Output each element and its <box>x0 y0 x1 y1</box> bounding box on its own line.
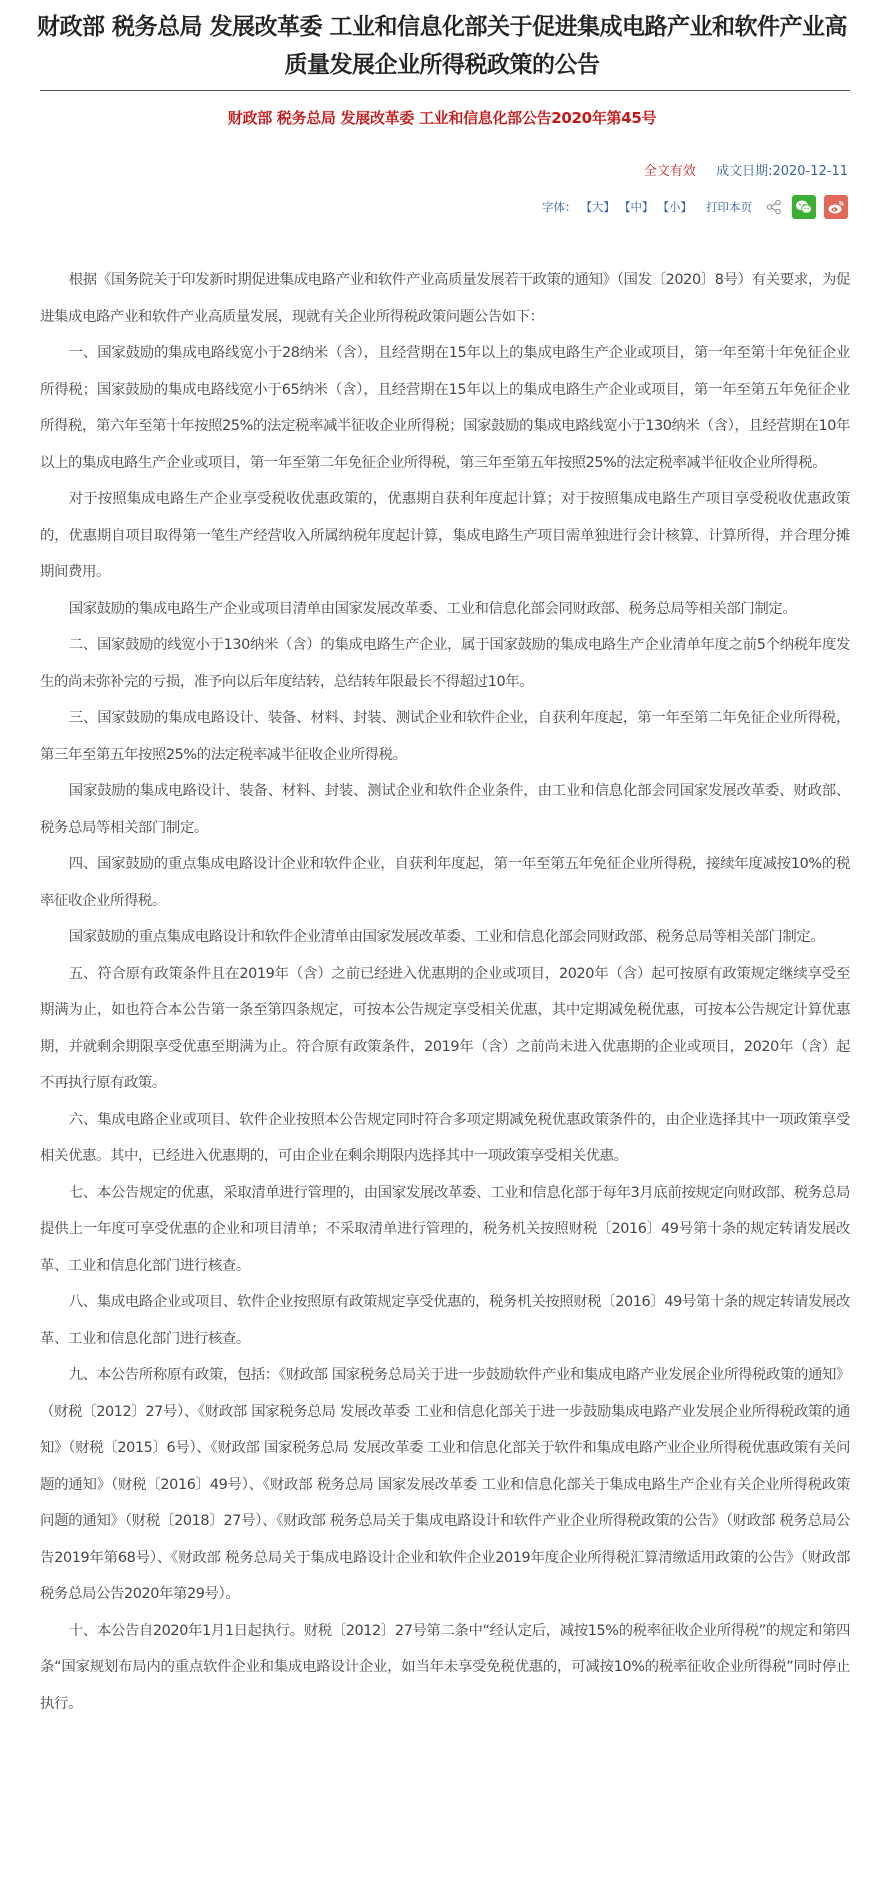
paragraph-article-10: 十、本公告自2020年1月1日起执行。财税〔2012〕27号第二条中“经认定后，… <box>40 1613 850 1723</box>
font-size-small-button[interactable]: 【小】 <box>658 199 693 215</box>
page-title: 财政部 税务总局 发展改革委 工业和信息化部关于促进集成电路产业和软件产业高质量… <box>30 8 854 84</box>
wechat-icon[interactable] <box>792 195 816 219</box>
paragraph-article-1-period: 对于按照集成电路生产企业享受税收优惠政策的，优惠期自获利年度起计算；对于按照集成… <box>40 481 850 591</box>
paragraph-article-1-list: 国家鼓励的集成电路生产企业或项目清单由国家发展改革委、工业和信息化部会同财政部、… <box>40 591 850 628</box>
paragraph-article-6: 六、集成电路企业或项目、软件企业按照本公告规定同时符合多项定期减免税优惠政策条件… <box>40 1102 850 1175</box>
paragraph-article-7: 七、本公告规定的优惠，采取清单进行管理的，由国家发展改革委、工业和信息化部于每年… <box>40 1175 850 1285</box>
font-size-medium-button[interactable]: 【中】 <box>619 199 654 215</box>
paragraph-article-9: 九、本公告所称原有政策，包括：《财政部 国家税务总局关于进一步鼓励软件产业和集成… <box>40 1357 850 1613</box>
print-page-button[interactable]: 打印本页 <box>706 199 752 215</box>
share-icon[interactable] <box>766 199 782 215</box>
paragraph-article-8: 八、集成电路企业或项目、软件企业按照原有政策规定享受优惠的，税务机关按照财税〔2… <box>40 1284 850 1357</box>
toolbar: 字体： 【大】 【中】 【小】 打印本页 <box>542 194 848 220</box>
paragraph-intro: 根据《国务院关于印发新时期促进集成电路产业和软件产业高质量发展若干政策的通知》（… <box>40 262 850 335</box>
paragraph-article-5: 五、符合原有政策条件且在2019年（含）之前已经进入优惠期的企业或项目，2020… <box>40 956 850 1102</box>
paragraph-article-1: 一、国家鼓励的集成电路线宽小于28纳米（含），且经营期在15年以上的集成电路生产… <box>40 335 850 481</box>
paragraph-article-3-conditions: 国家鼓励的集成电路设计、装备、材料、封装、测试企业和软件企业条件，由工业和信息化… <box>40 773 850 846</box>
validity-status: 全文有效 <box>644 164 696 179</box>
paragraph-article-3: 三、国家鼓励的集成电路设计、装备、材料、封装、测试企业和软件企业，自获利年度起，… <box>40 700 850 773</box>
font-size-label: 字体： <box>542 199 577 215</box>
font-size-large-button[interactable]: 【大】 <box>581 199 616 215</box>
weibo-icon[interactable] <box>824 195 848 219</box>
paragraph-article-4: 四、国家鼓励的重点集成电路设计企业和软件企业，自获利年度起，第一年至第五年免征企… <box>40 846 850 919</box>
issue-date: 成文日期:2020-12-11 <box>716 164 848 179</box>
paragraph-article-4-list: 国家鼓励的重点集成电路设计和软件企业清单由国家发展改革委、工业和信息化部会同财政… <box>40 919 850 956</box>
paragraph-article-2: 二、国家鼓励的线宽小于130纳米（含）的集成电路生产企业，属于国家鼓励的集成电路… <box>40 627 850 700</box>
article-body: 根据《国务院关于印发新时期促进集成电路产业和软件产业高质量发展若干政策的通知》（… <box>40 262 850 1722</box>
title-divider <box>40 90 850 91</box>
document-meta: 全文有效 成文日期:2020-12-11 <box>644 160 848 179</box>
document-number: 财政部 税务总局 发展改革委 工业和信息化部公告2020年第45号 <box>0 107 884 128</box>
